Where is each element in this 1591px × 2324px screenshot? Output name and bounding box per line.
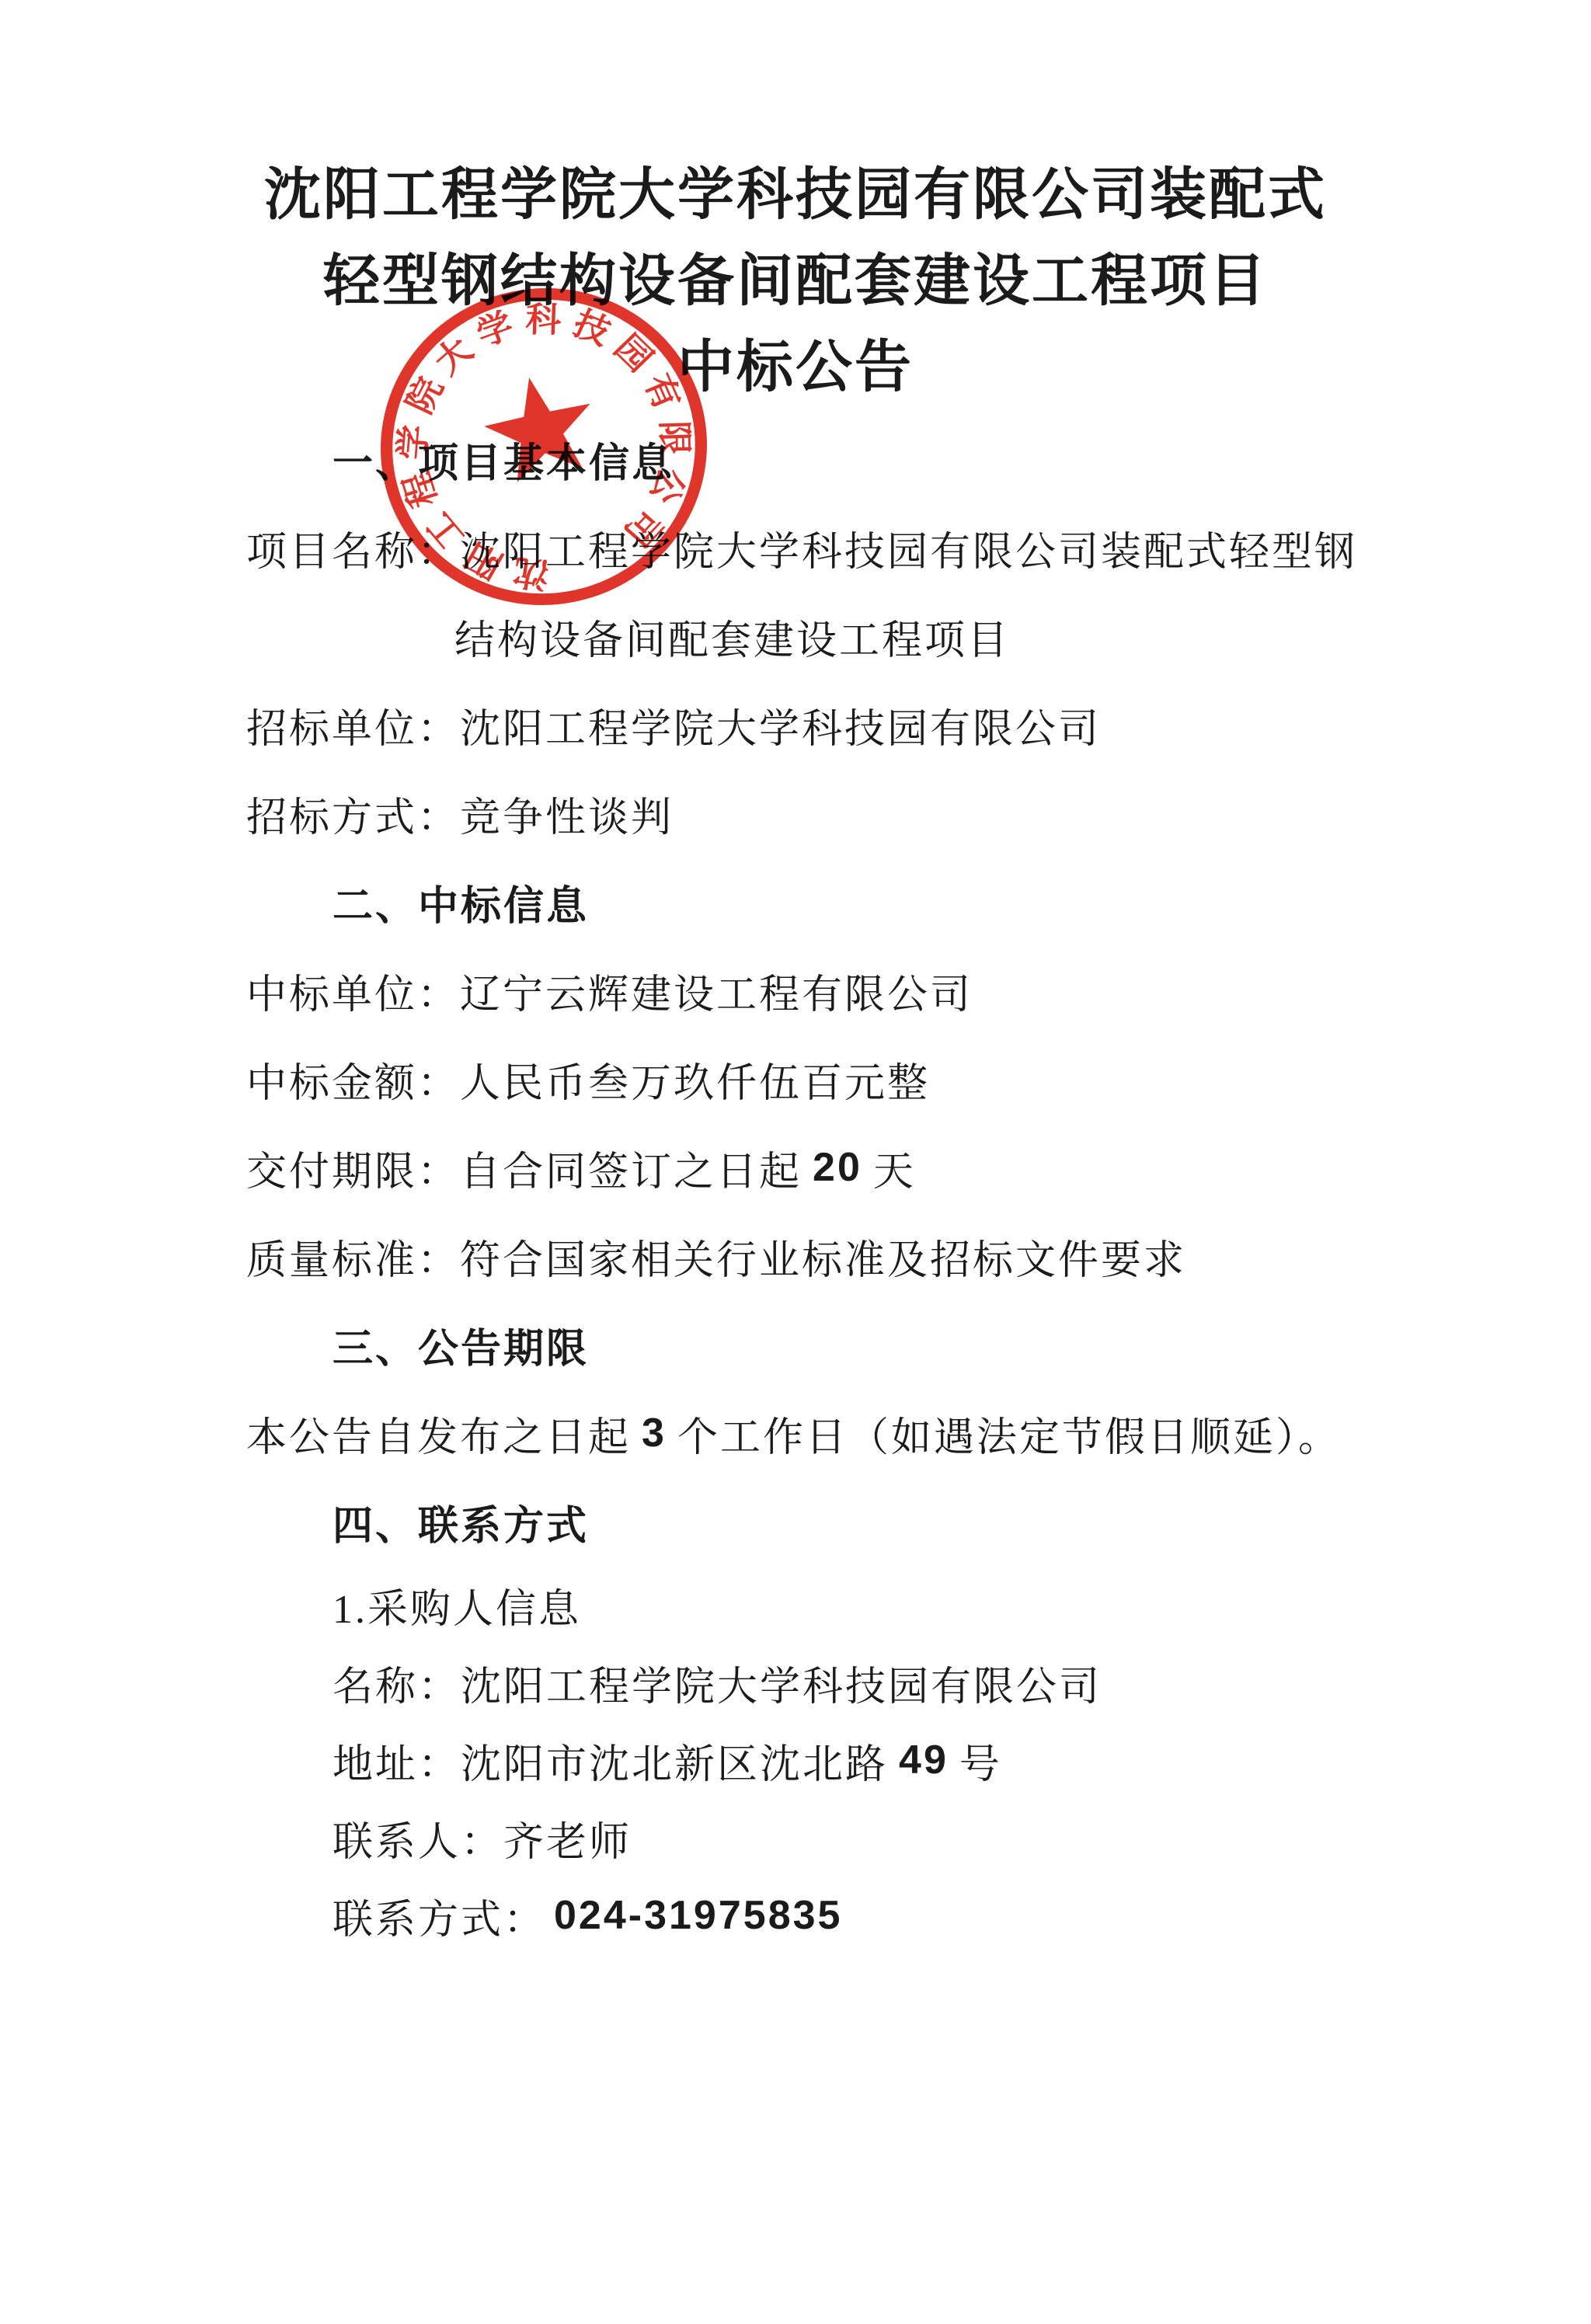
amount-value: 人民币叁万玖仟伍百元整 <box>460 1050 930 1108</box>
contact-person-value: 齐老师 <box>503 1809 632 1867</box>
address-suffix: 号 <box>959 1731 1002 1790</box>
title-line-1: 沈阳工程学院大学科技园有限公司装配式 <box>0 151 1591 238</box>
document-title: 沈阳工程学院大学科技园有限公司装配式 轻型钢结构设备间配套建设工程项目 中标公告 <box>0 0 1591 410</box>
scanned-document-page: 沈阳工程学院大学科技园有限公司 沈阳工程学院大学科技园有限公司装配式 轻型钢结构… <box>0 0 1591 2324</box>
tender-method-value: 竞争性谈判 <box>460 785 674 843</box>
purchaser-name-value: 沈阳工程学院大学科技园有限公司 <box>461 1654 1102 1712</box>
delivery-prefix: 自合同签订之日起 <box>460 1139 802 1197</box>
field-winner: 中标单位： 辽宁云辉建设工程有限公司 <box>246 946 1436 1035</box>
field-quality: 质量标准： 符合国家相关行业标准及招标文件要求 <box>246 1212 1436 1300</box>
project-name-label: 项目名称： <box>246 519 460 577</box>
quality-value: 符合国家相关行业标准及招标文件要求 <box>460 1227 1186 1286</box>
tender-method-label: 招标方式： <box>246 785 460 843</box>
field-contact-person: 联系人： 齐老师 <box>246 1799 1436 1877</box>
address-label: 地址： <box>332 1731 461 1790</box>
contact-phone-number: 024-31975835 <box>554 1892 842 1939</box>
contact-person-label: 联系人： <box>332 1809 503 1867</box>
title-line-2: 轻型钢结构设备间配套建设工程项目 <box>0 238 1591 324</box>
amount-label: 中标金额： <box>246 1050 460 1108</box>
notice-prefix: 本公告自发布之日起 <box>246 1404 631 1463</box>
section-1-heading: 一、项目基本信息 <box>246 415 1436 503</box>
contact-phone-label: 联系方式： <box>332 1887 546 1945</box>
quality-label: 质量标准： <box>246 1227 460 1286</box>
purchaser-name-label: 名称： <box>332 1654 461 1712</box>
field-contact-phone: 联系方式： 024-31975835 <box>246 1877 1436 1954</box>
delivery-label: 交付期限： <box>246 1139 460 1197</box>
project-name-value-line2: 结构设备间配套建设工程项目 <box>246 592 1436 680</box>
delivery-suffix: 天 <box>873 1139 916 1197</box>
delivery-days-number: 20 <box>813 1144 862 1191</box>
notice-days-number: 3 <box>642 1410 667 1456</box>
document-body: 一、项目基本信息 项目名称： 沈阳工程学院大学科技园有限公司装配式轻型钢 结构设… <box>246 415 1436 1954</box>
winner-label: 中标单位： <box>246 962 460 1020</box>
field-amount: 中标金额： 人民币叁万玖仟伍百元整 <box>246 1035 1436 1123</box>
field-tender-unit: 招标单位： 沈阳工程学院大学科技园有限公司 <box>246 680 1436 769</box>
notice-period-text: 本公告自发布之日起 3 个工作日（如遇法定节假日顺延）。 <box>246 1389 1436 1477</box>
section-2-heading: 二、中标信息 <box>246 858 1436 946</box>
section-4-heading: 四、联系方式 <box>246 1477 1436 1566</box>
winner-value: 辽宁云辉建设工程有限公司 <box>460 962 973 1020</box>
project-name-value-line1: 沈阳工程学院大学科技园有限公司装配式轻型钢 <box>460 519 1357 577</box>
field-purchaser-name: 名称： 沈阳工程学院大学科技园有限公司 <box>246 1644 1436 1721</box>
field-delivery: 交付期限： 自合同签订之日起 20 天 <box>246 1123 1436 1212</box>
field-address: 地址： 沈阳市沈北新区沈北路 49 号 <box>246 1721 1436 1799</box>
field-tender-method: 招标方式： 竞争性谈判 <box>246 769 1436 858</box>
address-number: 49 <box>899 1737 949 1783</box>
field-project-name: 项目名称： 沈阳工程学院大学科技园有限公司装配式轻型钢 <box>246 503 1436 592</box>
notice-suffix: 个工作日（如遇法定节假日顺延）。 <box>677 1404 1341 1463</box>
tender-unit-label: 招标单位： <box>246 696 460 754</box>
section-3-heading: 三、公告期限 <box>246 1300 1436 1389</box>
tender-unit-value: 沈阳工程学院大学科技园有限公司 <box>460 696 1101 754</box>
purchaser-subheading: 1.采购人信息 <box>246 1566 1436 1644</box>
title-line-3: 中标公告 <box>0 324 1591 410</box>
address-prefix: 沈阳市沈北新区沈北路 <box>461 1731 888 1790</box>
